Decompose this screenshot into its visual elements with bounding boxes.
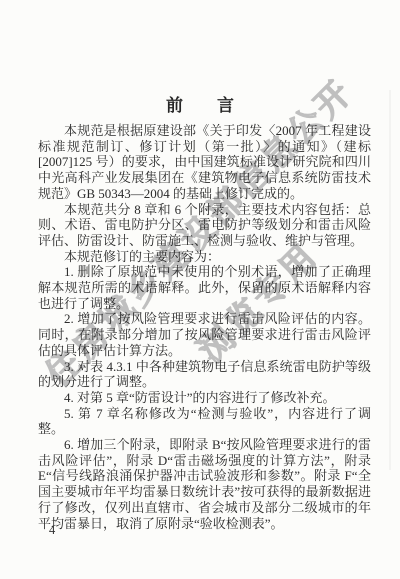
revision-item-1: 1. 删除了原规范中未使用的个别术语，增加了正确理解本规范所需的术语解释。此外，…: [38, 264, 371, 311]
scanned-document-page: 住房城乡建设部信息公开 浏览专用 前 言 本规范是根据原建设部《关于印发〈200…: [0, 0, 400, 579]
page-number: 4: [49, 523, 55, 538]
revision-item-2: 2. 增加了按风险管理要求进行雷击风险评估的内容。同时，在附录部分增加了按风险管…: [38, 311, 371, 358]
revision-item-4: 4. 对第 5 章“防雷设计”的内容进行了修改补充。: [38, 390, 371, 406]
paragraph-intro: 本规范是根据原建设部《关于印发〈2007 年工程建设标准规范制订、修订计划（第一…: [38, 123, 371, 202]
paragraph-revisions-lead: 本规范修订的主要内容为：: [38, 249, 371, 265]
page-title: 前 言: [0, 91, 400, 116]
revision-item-6: 6. 增加三个附录，即附录 B“按风险管理要求进行的雷击风险评估”，附录 D“雷…: [38, 437, 371, 531]
document-body: 本规范是根据原建设部《关于印发〈2007 年工程建设标准规范制订、修订计划（第一…: [38, 123, 371, 531]
revision-item-3: 3. 对表 4.3.1 中各种建筑物电子信息系统雷电防护等级的划分进行了调整。: [38, 359, 371, 390]
scan-artifact-streak: [389, 90, 391, 470]
revision-item-5: 5. 第 7 章名称修改为“检测与验收”，内容进行了调整。: [38, 406, 371, 437]
paragraph-contents: 本规范共分 8 章和 6 个附录，主要技术内容包括：总则、术语、雷电防护分区、雷…: [38, 202, 371, 249]
